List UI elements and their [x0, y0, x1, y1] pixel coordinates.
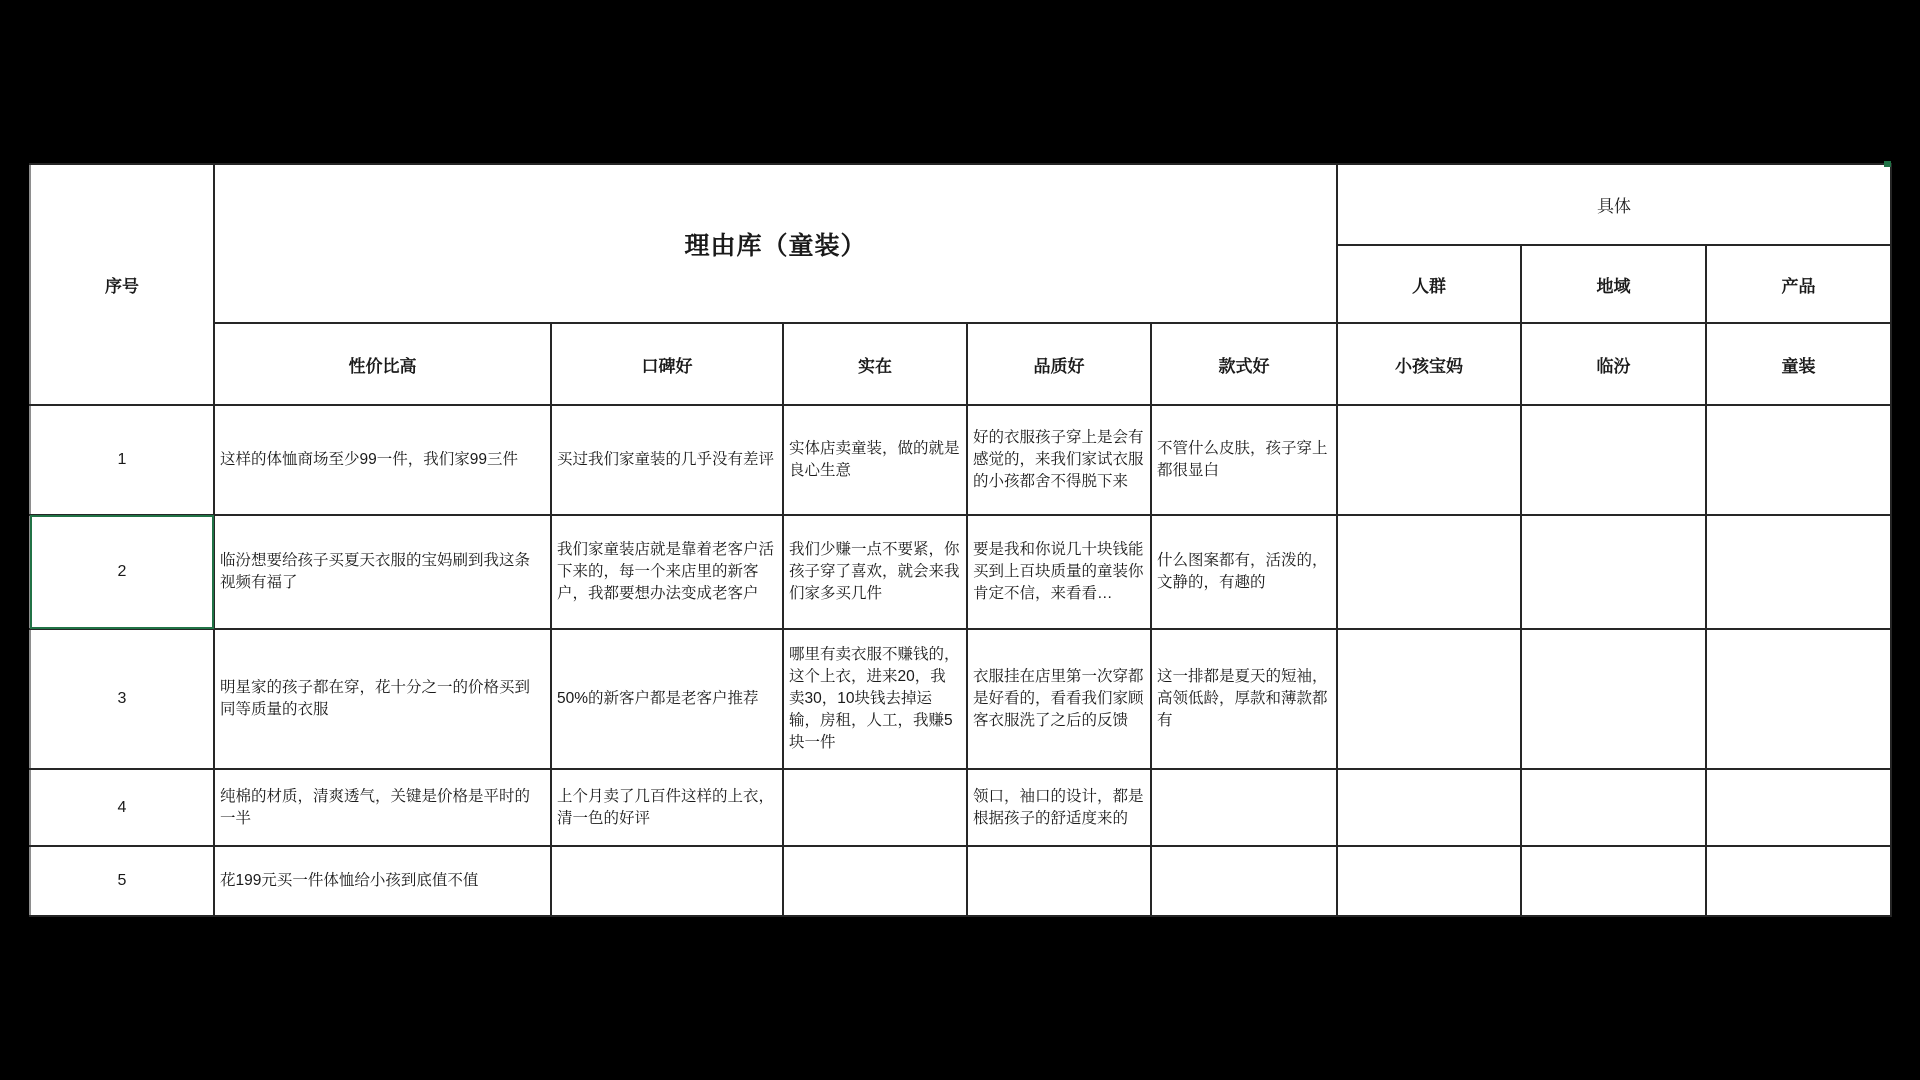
- table-row: 3 明星家的孩子都在穿，花十分之一的价格买到同等质量的衣服 50%的新客户都是老…: [30, 629, 1891, 769]
- table-cell[interactable]: [1706, 515, 1891, 629]
- table-cell[interactable]: [1337, 846, 1521, 916]
- row-number-cell[interactable]: 5: [30, 846, 214, 916]
- header-crowd[interactable]: 人群: [1337, 245, 1521, 323]
- table-cell[interactable]: [1706, 769, 1891, 846]
- table-cell[interactable]: [967, 846, 1151, 916]
- table-cell[interactable]: [783, 769, 967, 846]
- table-cell[interactable]: [1706, 629, 1891, 769]
- table-cell[interactable]: [1151, 769, 1337, 846]
- header-quality[interactable]: 品质好: [967, 323, 1151, 405]
- header-specific[interactable]: 具体: [1337, 164, 1891, 245]
- header-honest[interactable]: 实在: [783, 323, 967, 405]
- table-cell[interactable]: [1151, 846, 1337, 916]
- table-cell[interactable]: [551, 846, 783, 916]
- table-row: 2 临汾想要给孩子买夏天衣服的宝妈刷到我这条视频有福了 我们家童装店就是靠着老客…: [30, 515, 1891, 629]
- table-cell[interactable]: [1706, 405, 1891, 515]
- table-cell[interactable]: 50%的新客户都是老客户推荐: [551, 629, 783, 769]
- table-row: 4 纯棉的材质，清爽透气，关键是价格是平时的一半 上个月卖了几百件这样的上衣，清…: [30, 769, 1891, 846]
- table-cell[interactable]: 这样的体恤商场至少99一件，我们家99三件: [214, 405, 551, 515]
- header-reputation[interactable]: 口碑好: [551, 323, 783, 405]
- header-serial-number[interactable]: 序号: [30, 164, 214, 405]
- table-cell[interactable]: 实体店卖童装，做的就是良心生意: [783, 405, 967, 515]
- table-cell[interactable]: 买过我们家童装的几乎没有差评: [551, 405, 783, 515]
- table-cell[interactable]: [1521, 769, 1706, 846]
- reason-library-table: 序号 理由库（童装） 具体 人群 地域 产品 性价比高 口碑好 实在 品质好 款…: [29, 163, 1892, 917]
- header-product[interactable]: 产品: [1706, 245, 1891, 323]
- value-product[interactable]: 童装: [1706, 323, 1891, 405]
- table-cell[interactable]: [1521, 846, 1706, 916]
- table-cell[interactable]: 花199元买一件体恤给小孩到底值不值: [214, 846, 551, 916]
- selected-row-number-cell[interactable]: 2: [30, 515, 214, 629]
- table-cell[interactable]: [1521, 405, 1706, 515]
- table-cell[interactable]: 好的衣服孩子穿上是会有感觉的，来我们家试衣服的小孩都舍不得脱下来: [967, 405, 1151, 515]
- selection-corner-mark: [1884, 161, 1891, 167]
- table-cell[interactable]: 要是我和你说几十块钱能买到上百块质量的童装你肯定不信，来看看…: [967, 515, 1151, 629]
- table-cell[interactable]: 临汾想要给孩子买夏天衣服的宝妈刷到我这条视频有福了: [214, 515, 551, 629]
- table-cell[interactable]: 不管什么皮肤，孩子穿上都很显白: [1151, 405, 1337, 515]
- table-row: 5 花199元买一件体恤给小孩到底值不值: [30, 846, 1891, 916]
- table-cell[interactable]: 我们少赚一点不要紧，你孩子穿了喜欢，就会来我们家多买几件: [783, 515, 967, 629]
- value-crowd[interactable]: 小孩宝妈: [1337, 323, 1521, 405]
- table-cell[interactable]: [1521, 629, 1706, 769]
- table-title[interactable]: 理由库（童装）: [214, 164, 1337, 323]
- table-cell[interactable]: 明星家的孩子都在穿，花十分之一的价格买到同等质量的衣服: [214, 629, 551, 769]
- row-number-cell[interactable]: 1: [30, 405, 214, 515]
- row-number-cell[interactable]: 4: [30, 769, 214, 846]
- table-cell[interactable]: 上个月卖了几百件这样的上衣，清一色的好评: [551, 769, 783, 846]
- table-row: 1 这样的体恤商场至少99一件，我们家99三件 买过我们家童装的几乎没有差评 实…: [30, 405, 1891, 515]
- table-cell[interactable]: [1706, 846, 1891, 916]
- table-cell[interactable]: [1337, 405, 1521, 515]
- table-cell[interactable]: [1337, 629, 1521, 769]
- table-cell[interactable]: 领口，袖口的设计，都是根据孩子的舒适度来的: [967, 769, 1151, 846]
- header-style[interactable]: 款式好: [1151, 323, 1337, 405]
- header-cost-performance[interactable]: 性价比高: [214, 323, 551, 405]
- header-region[interactable]: 地域: [1521, 245, 1706, 323]
- table-cell[interactable]: [1337, 769, 1521, 846]
- table-cell[interactable]: 我们家童装店就是靠着老客户活下来的，每一个来店里的新客户，我都要想办法变成老客户: [551, 515, 783, 629]
- table-cell[interactable]: [1521, 515, 1706, 629]
- table-cell[interactable]: 什么图案都有，活泼的，文静的，有趣的: [1151, 515, 1337, 629]
- spreadsheet-canvas: 序号 理由库（童装） 具体 人群 地域 产品 性价比高 口碑好 实在 品质好 款…: [0, 0, 1920, 1080]
- row-number-cell[interactable]: 3: [30, 629, 214, 769]
- table-cell[interactable]: 纯棉的材质，清爽透气，关键是价格是平时的一半: [214, 769, 551, 846]
- table-cell[interactable]: 这一排都是夏天的短袖，高领低龄，厚款和薄款都有: [1151, 629, 1337, 769]
- table-cell[interactable]: [783, 846, 967, 916]
- value-region[interactable]: 临汾: [1521, 323, 1706, 405]
- table-cell[interactable]: 衣服挂在店里第一次穿都是好看的，看看我们家顾客衣服洗了之后的反馈: [967, 629, 1151, 769]
- table-cell[interactable]: [1337, 515, 1521, 629]
- table-cell[interactable]: 哪里有卖衣服不赚钱的，这个上衣，进来20，我卖30，10块钱去掉运输，房租，人工…: [783, 629, 967, 769]
